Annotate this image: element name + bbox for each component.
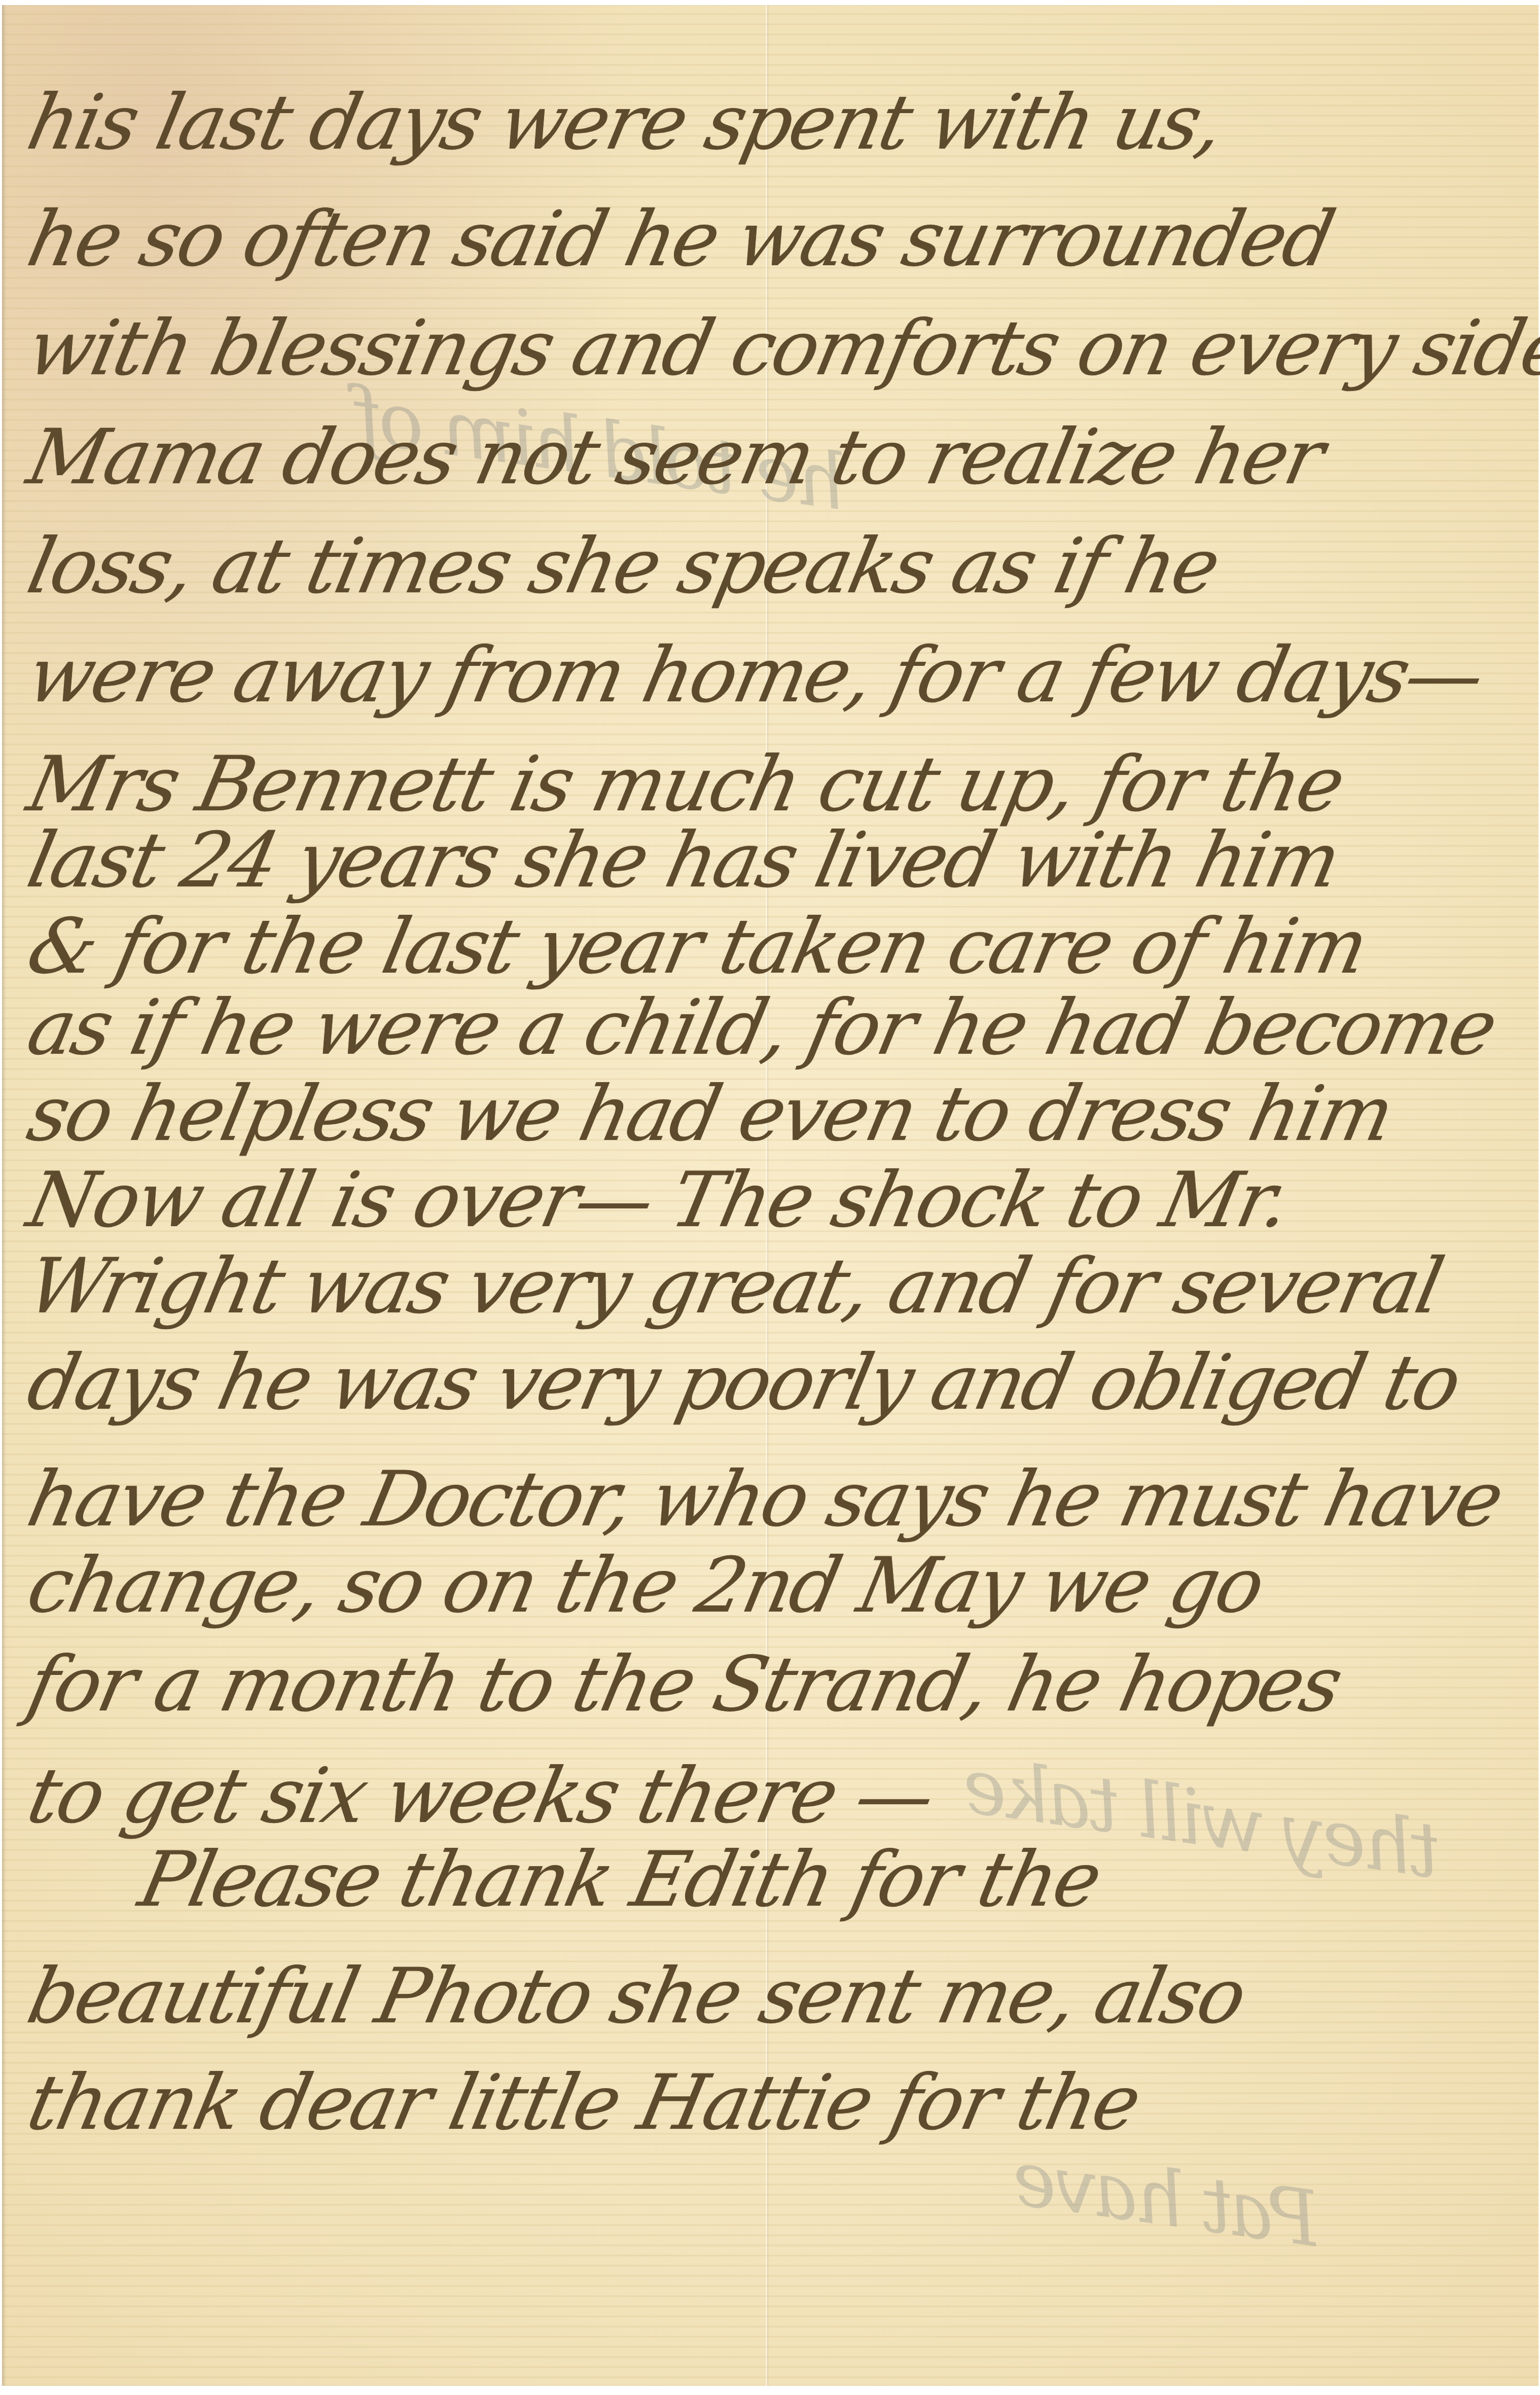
letter-line: Mrs Bennett is much cut up, for the <box>20 740 1350 829</box>
letter-line: loss, at times she speaks as if he <box>20 522 1226 611</box>
letter-line: with blessings and comforts on every sid… <box>20 304 1540 392</box>
letter-line: his last days were spent with us, <box>20 79 1230 167</box>
letter-line: thank dear little Hattie for the <box>20 2059 1147 2147</box>
letter-line: & for the last year taken care of him <box>20 903 1374 991</box>
letter-line: Mama does not seem to realize her <box>20 413 1330 502</box>
letter-line: to get six weeks there — <box>20 1752 941 1840</box>
letter-line: last 24 years she has lived with him <box>20 816 1346 905</box>
letter-line: beautiful Photo she sent me, also <box>20 1952 1252 2041</box>
letter-line: were away from home, for a few days— <box>20 631 1490 720</box>
letter-line: for a month to the Strand, he hopes <box>20 1640 1348 1729</box>
letter-line: days he was very poorly and obliged to <box>20 1339 1467 1427</box>
letter-line: have the Doctor, who says he must have <box>20 1455 1509 1544</box>
letter-line: as if he were a child, for he had become <box>20 984 1503 1072</box>
letter-line: he so often said he was surrounded <box>20 195 1340 283</box>
letter-line: so helpless we had even to dress him <box>20 1070 1400 1158</box>
letter-line: Please thank Edith for the <box>132 1836 1107 1924</box>
letter-line: Wright was very great, and for several <box>20 1242 1449 1331</box>
letter-line: Now all is over— The shock to Mr. <box>20 1156 1296 1244</box>
letter-line: change, so on the 2nd May we go <box>20 1542 1270 1630</box>
